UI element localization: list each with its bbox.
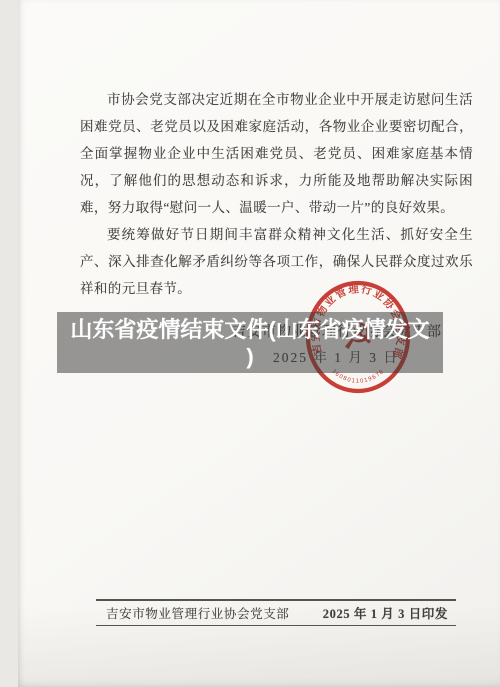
scanned-document-screenshot: 市协会党支部决定近期在全市物业企业中开展走访慰问生活困难党员、老党员以及困难家庭…	[0, 0, 500, 687]
page-title: 山东省疫情结束文件(山东省疫情发文)	[69, 316, 431, 370]
colophon-bottom-rule	[96, 625, 456, 626]
colophon-print-date: 2025 年 1 月 3 日印发	[323, 604, 448, 622]
watermark-title-band: 山东省疫情结束文件(山东省疫情发文)	[57, 312, 443, 373]
paragraph-2: 要统筹做好节日期间丰富群众精神文化生活、抓好安全生产、深入排查化解矛盾纠纷等各项…	[80, 221, 473, 302]
colophon-row: 吉安市物业管理行业协会党支部 2025 年 1 月 3 日印发	[96, 601, 456, 625]
document-body-text: 市协会党支部决定近期在全市物业企业中开展走访慰问生活困难党员、老党员以及困难家庭…	[80, 86, 473, 302]
paragraph-1: 市协会党支部决定近期在全市物业企业中开展走访慰问生活困难党员、老党员以及困难家庭…	[80, 86, 473, 221]
colophon-issuer: 吉安市物业管理行业协会党支部	[106, 604, 289, 622]
document-colophon: 吉安市物业管理行业协会党支部 2025 年 1 月 3 日印发	[96, 599, 456, 626]
